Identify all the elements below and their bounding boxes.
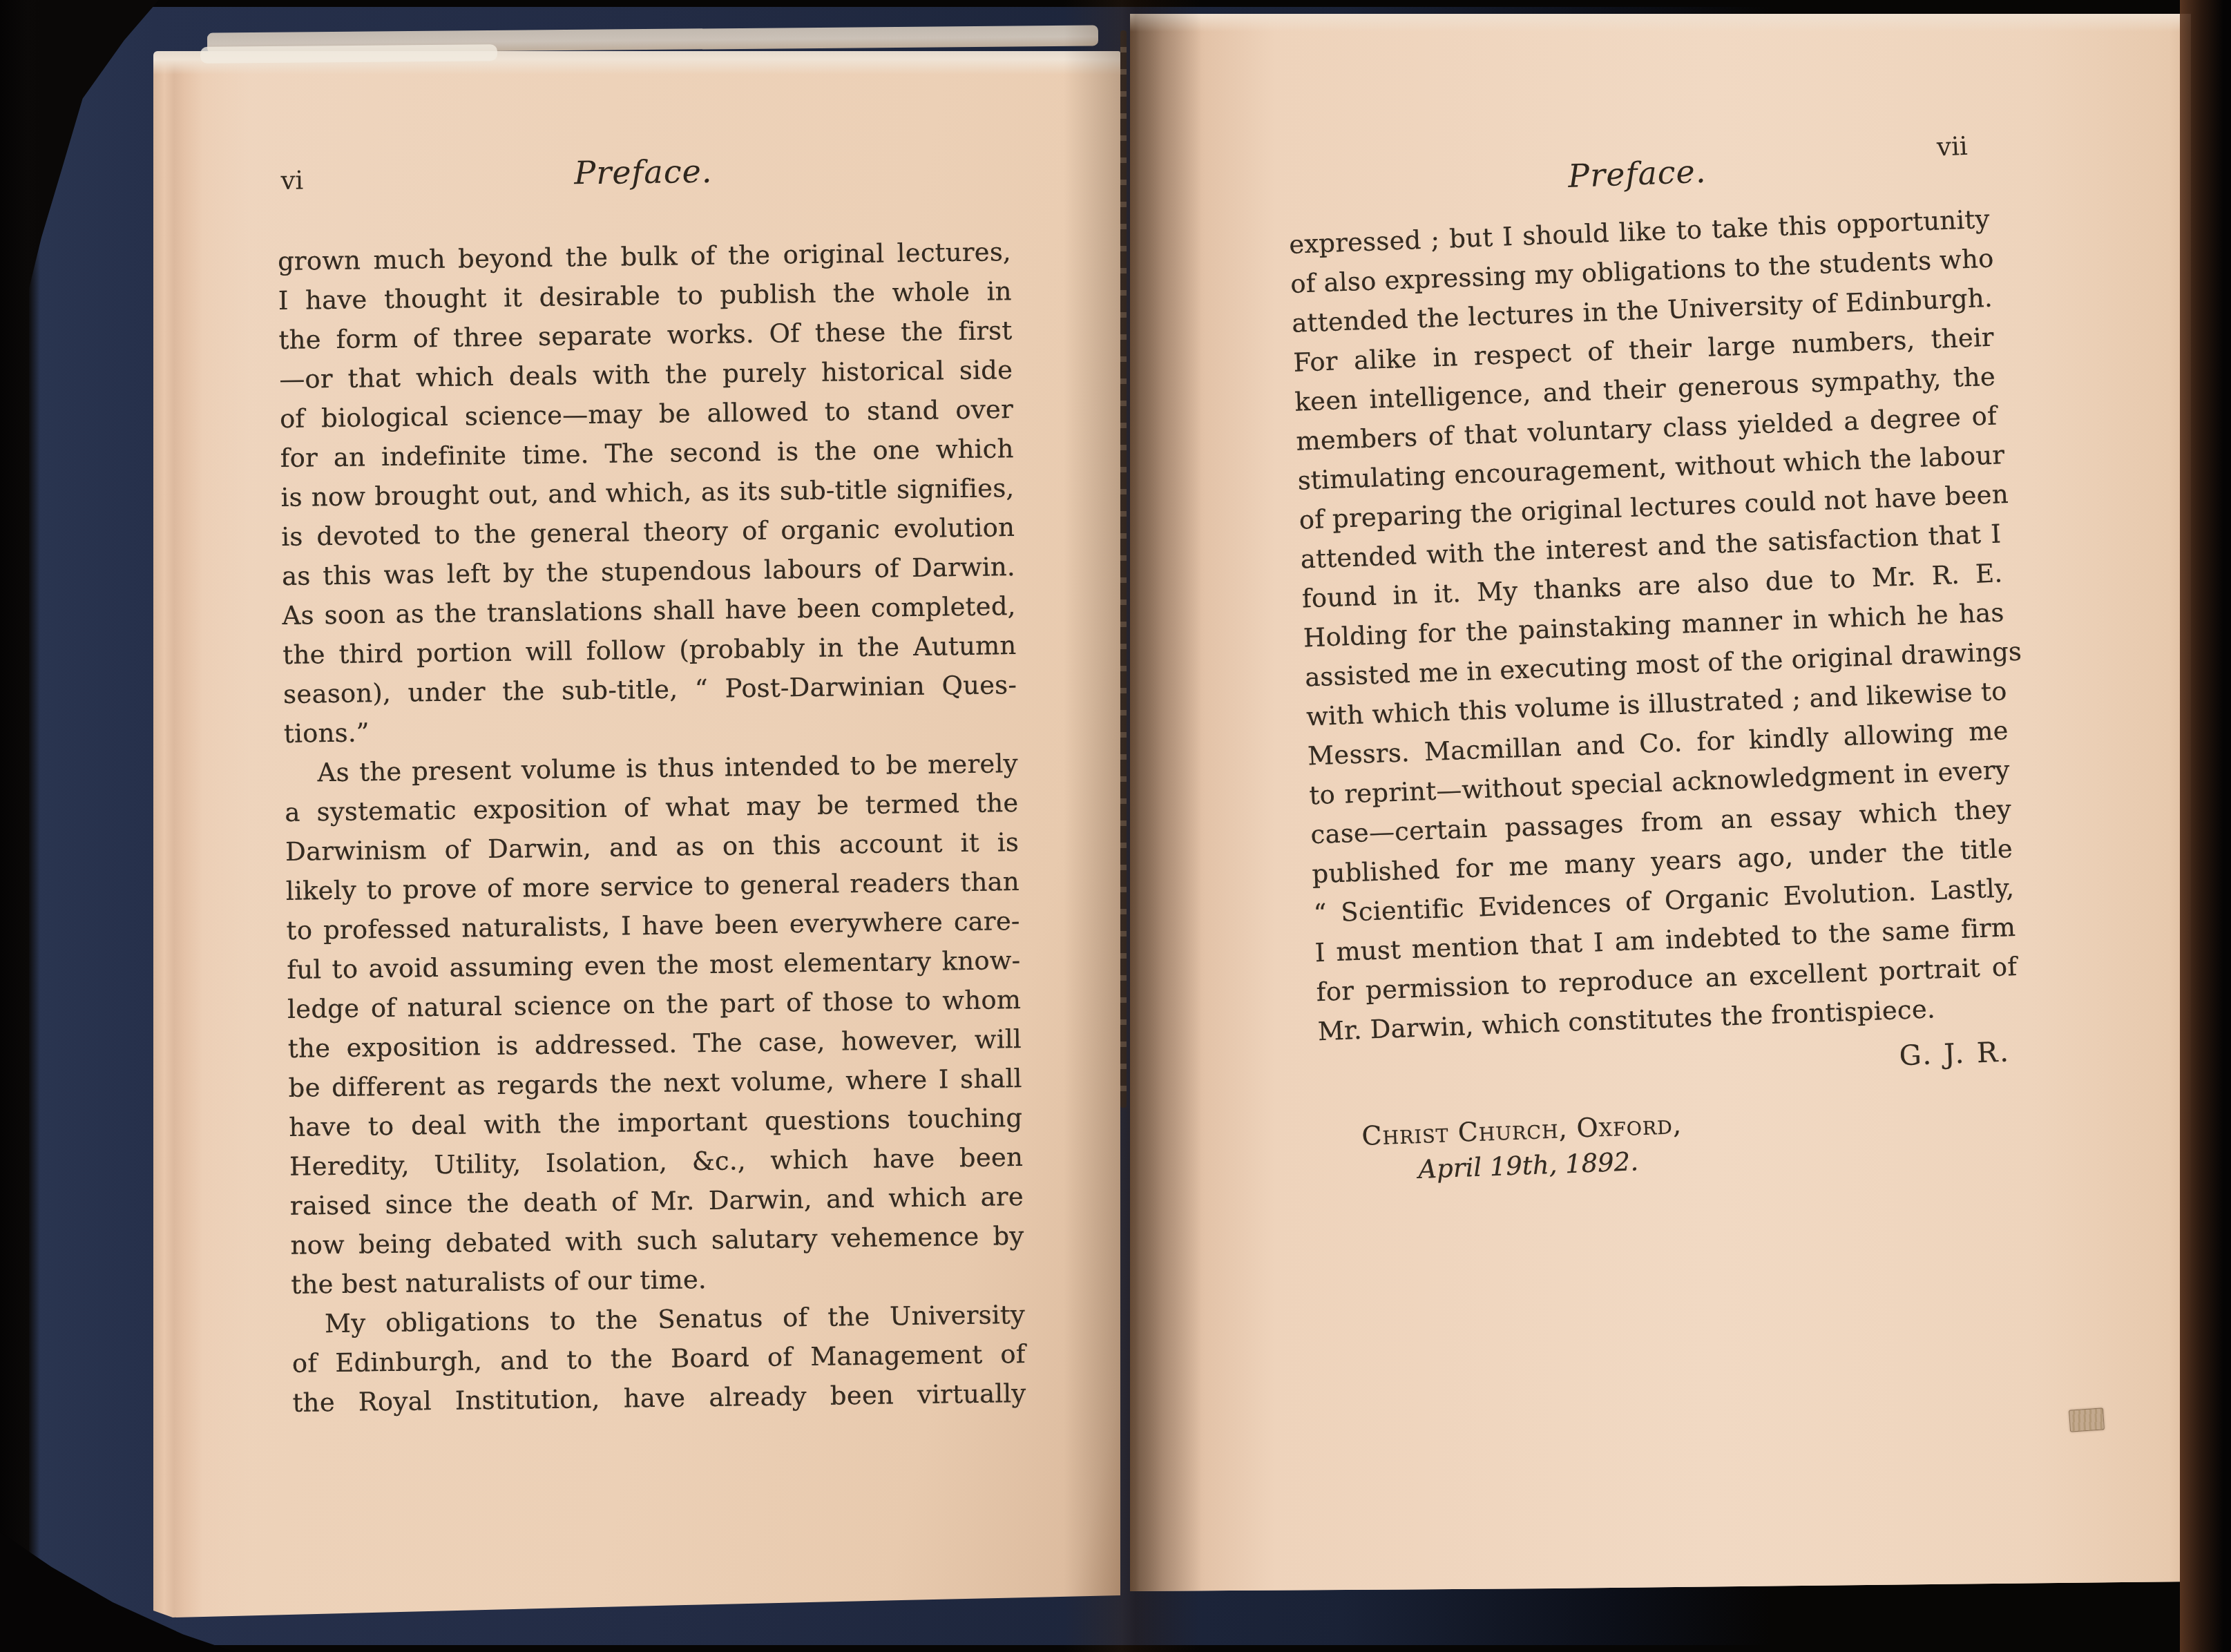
left-page-text: vi Preface. grown much beyond the bulk o… — [276, 146, 1026, 1423]
left-page-body: grown much beyond the bulk of the origin… — [278, 232, 1026, 1423]
right-page-body: expressed ; but I should like to take th… — [1288, 200, 2019, 1051]
right-page-text: Preface. vii expressed ; but I should li… — [1286, 140, 2024, 1191]
paper-repair-mark — [2069, 1408, 2105, 1432]
cover-edge-right — [2180, 0, 2231, 1652]
worn-board-left-edge — [0, 0, 40, 1652]
left-page-title: Preface. — [276, 146, 1011, 198]
right-page-number: vii — [1936, 131, 1968, 162]
left-page-header-row: vi Preface. — [276, 146, 1011, 198]
page-edge-highlight — [200, 44, 497, 64]
left-page-number: vi — [280, 165, 303, 195]
book-scan-scene: vi Preface. grown much beyond the bulk o… — [0, 0, 2231, 1652]
binding-stitch-seam — [1120, 30, 1127, 1108]
